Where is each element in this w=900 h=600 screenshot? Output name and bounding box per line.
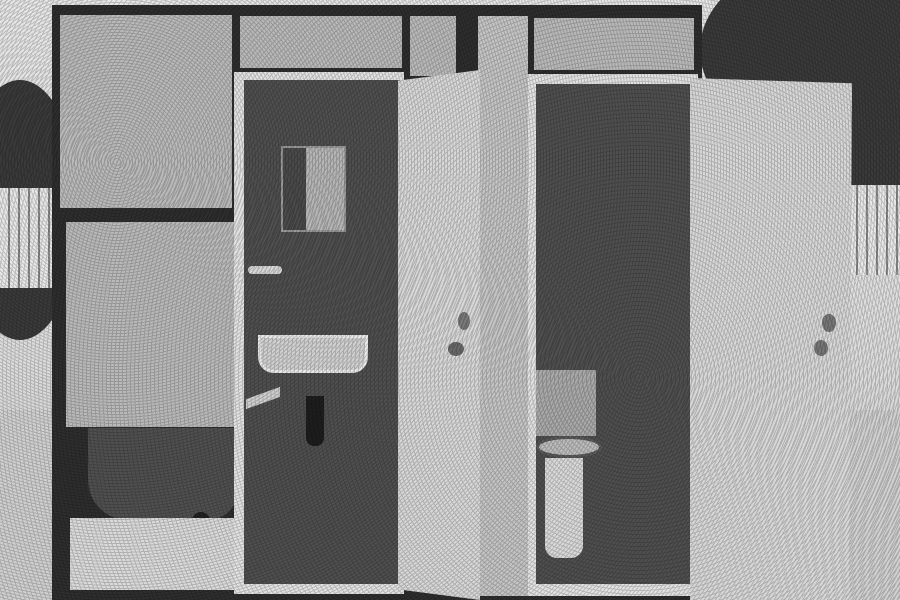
left-door-knob-upper xyxy=(458,312,470,330)
toilet-seat xyxy=(536,436,602,458)
left-door xyxy=(398,70,480,600)
center-pillar xyxy=(478,16,528,596)
wall-panel-upper-left xyxy=(60,15,232,208)
right-door-knob-upper xyxy=(822,314,836,332)
transom-mid xyxy=(410,16,456,76)
mirror xyxy=(281,146,346,232)
faucet-upper xyxy=(248,266,282,274)
toilet-bowl xyxy=(545,458,583,558)
bathtub xyxy=(88,428,238,520)
fence-right xyxy=(848,185,900,275)
wash-basin xyxy=(258,335,368,373)
right-door-knob-lower xyxy=(814,340,828,356)
transom-left xyxy=(240,16,402,68)
left-door-knob-lower xyxy=(448,342,464,356)
fence-left xyxy=(0,188,58,288)
floor-platform xyxy=(70,518,240,590)
basin-drain-pipe xyxy=(306,396,324,446)
toilet-tank xyxy=(536,370,596,436)
wall-panel-lower-left xyxy=(66,222,236,427)
right-door xyxy=(690,78,852,600)
transom-right xyxy=(534,18,694,70)
photo-scene xyxy=(0,0,900,600)
